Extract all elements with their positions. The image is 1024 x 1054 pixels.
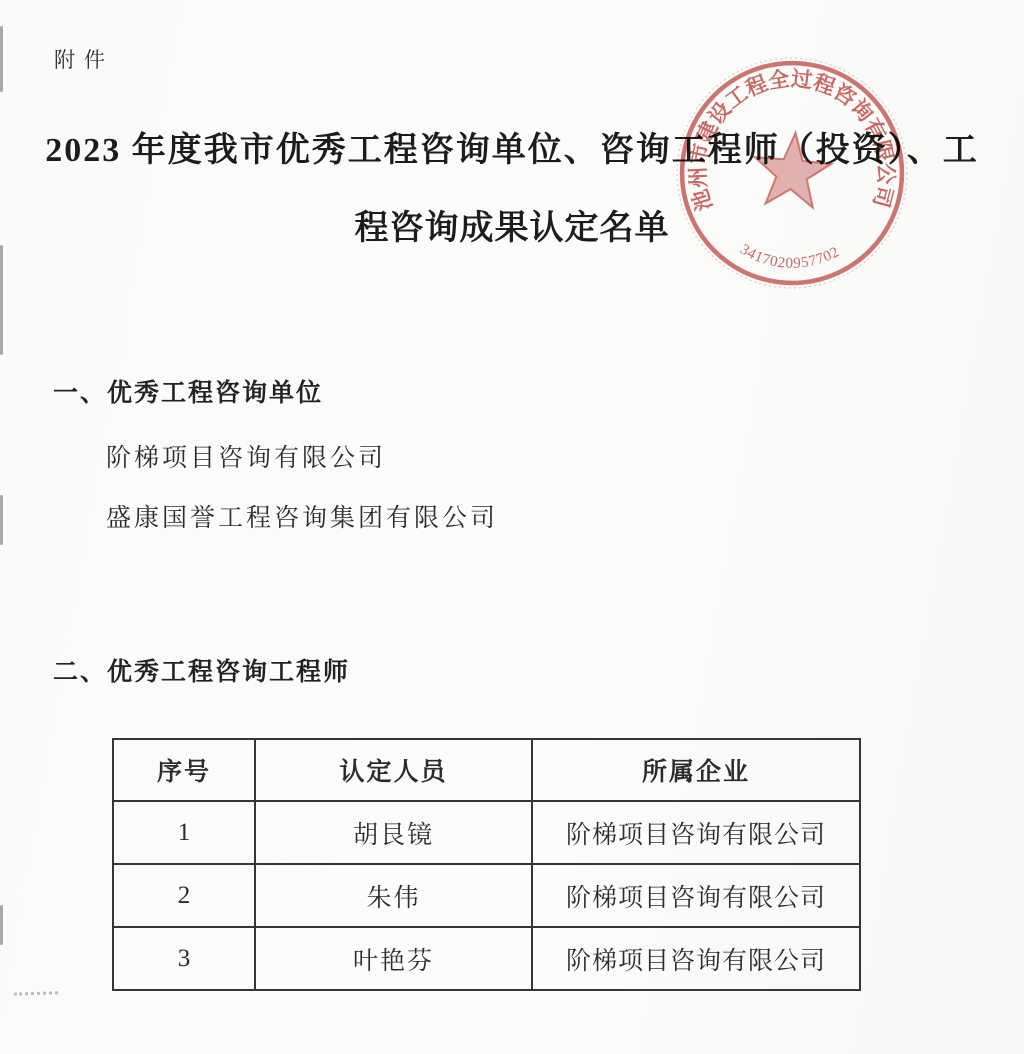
scan-edge-artifact xyxy=(0,905,3,945)
scan-edge-artifact xyxy=(0,495,3,545)
table-row: 3 叶艳芬 阶梯项目咨询有限公司 xyxy=(113,927,860,990)
cell-number: 3 xyxy=(113,927,255,990)
scanned-document-page: 附件 2023 年度我市优秀工程咨询单位、咨询工程师（投资）、工 程咨询成果认定… xyxy=(0,0,1024,1054)
cell-number: 1 xyxy=(113,801,255,864)
cell-person: 叶艳芬 xyxy=(255,927,532,990)
attachment-label: 附件 xyxy=(54,44,114,74)
cell-company: 阶梯项目咨询有限公司 xyxy=(532,864,860,927)
cell-person: 朱伟 xyxy=(255,864,532,927)
cell-company: 阶梯项目咨询有限公司 xyxy=(532,927,860,990)
section-units-heading: 一、优秀工程咨询单位 xyxy=(53,378,323,410)
cell-company: 阶梯项目咨询有限公司 xyxy=(532,801,860,864)
table-row: 2 朱伟 阶梯项目咨询有限公司 xyxy=(113,864,860,927)
awarded-company-item: 阶梯项目咨询有限公司 xyxy=(106,444,386,474)
awarded-company-item: 盛康国誉工程咨询集团有限公司 xyxy=(106,504,498,534)
title-line-1: 2023 年度我市优秀工程咨询单位、咨询工程师（投资）、工 xyxy=(30,112,994,190)
col-header-person: 认定人员 xyxy=(255,739,532,801)
col-header-company: 所属企业 xyxy=(532,739,860,801)
scan-speck xyxy=(14,991,58,996)
scan-edge-artifact xyxy=(0,26,3,92)
scan-edge-artifact xyxy=(0,245,3,355)
cell-person: 胡艮镜 xyxy=(255,801,532,864)
title-line-2: 程咨询成果认定名单 xyxy=(30,190,994,268)
cell-number: 2 xyxy=(113,864,255,927)
table-header-row: 序号 认定人员 所属企业 xyxy=(113,739,860,801)
document-title: 2023 年度我市优秀工程咨询单位、咨询工程师（投资）、工 程咨询成果认定名单 xyxy=(30,112,994,268)
col-header-number: 序号 xyxy=(113,739,255,801)
engineers-table: 序号 认定人员 所属企业 1 胡艮镜 阶梯项目咨询有限公司 2 朱伟 阶梯项目咨… xyxy=(112,738,861,991)
section-engineers-heading: 二、优秀工程咨询工程师 xyxy=(53,657,350,689)
table-row: 1 胡艮镜 阶梯项目咨询有限公司 xyxy=(113,801,860,864)
